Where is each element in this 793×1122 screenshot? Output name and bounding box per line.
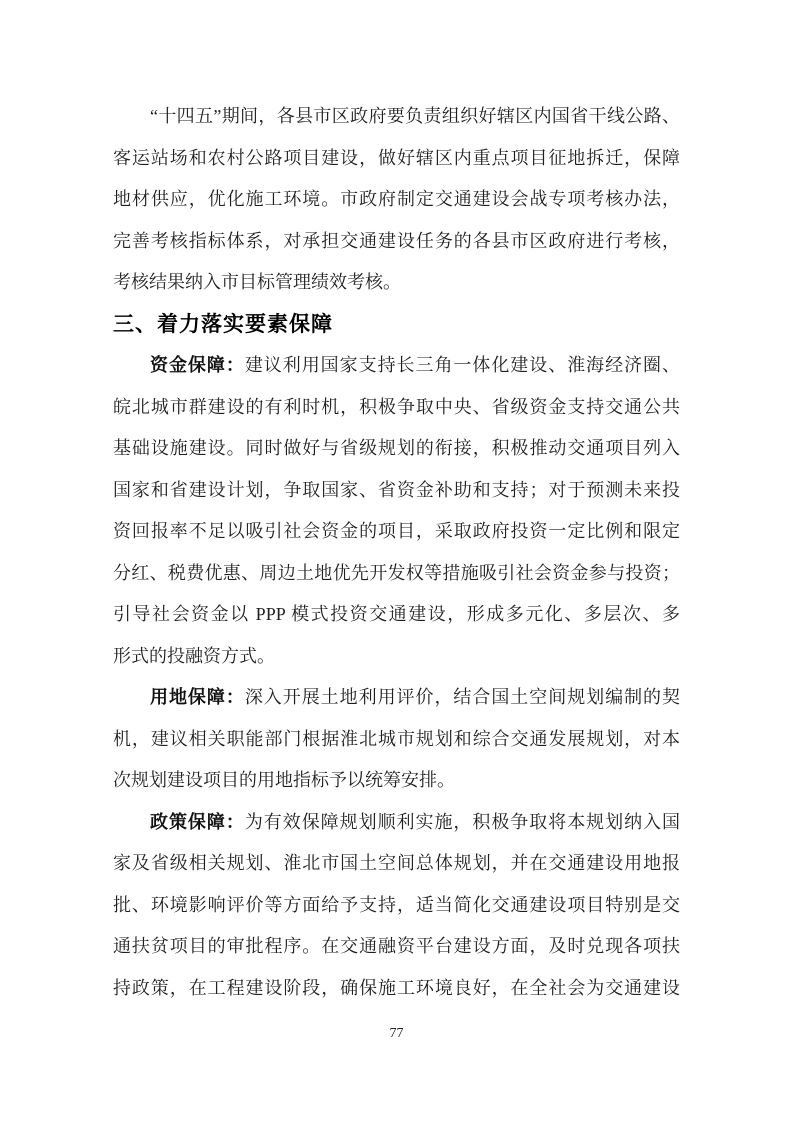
run-label-policy: 政策保障： [150, 812, 245, 832]
text-line: 完善考核指标体系，对承担交通建设任务的各县市区政府进行考核， [113, 221, 680, 263]
text-line: 批、环境影响评价等方面给予支持，适当简化交通建设项目特别是交 [113, 885, 680, 927]
document-page: “十四五”期间，各县市区政府要负责组织好辖区内国省干线公路、 客运站场和农村公路… [0, 0, 793, 1122]
text-line: 资回报率不足以吸引社会资金的项目，采取政府投资一定比例和限定 [113, 511, 680, 553]
text-line: 家及省级相关规划、淮北市国土空间总体规划，并在交通建设用地报 [113, 843, 680, 885]
text-line: 引导社会资金以 PPP 模式投资交通建设，形成多元化、多层次、多 [113, 594, 680, 636]
text-line: 通扶贫项目的审批程序。在交通融资平台建设方面，及时兑现各项扶 [113, 926, 680, 968]
text-line: 分红、税费优惠、周边土地优先开发权等措施吸引社会资金参与投资； [113, 553, 680, 595]
page-number: 77 [0, 1024, 793, 1044]
text-column: “十四五”期间，各县市区政府要负责组织好辖区内国省干线公路、 客运站场和农村公路… [113, 96, 680, 1009]
text-line: 皖北城市群建设的有利时机，积极争取中央、省级资金支持交通公共 [113, 387, 680, 429]
run-text: 为有效保障规划顺利实施，积极争取将本规划纳入国 [245, 812, 680, 832]
run-label-land: 用地保障： [150, 687, 245, 707]
text-line: 次规划建设项目的用地指标予以统筹安排。 [113, 760, 680, 802]
text-line: 形式的投融资方式。 [113, 636, 680, 678]
text-line: 国家和省建设计划，争取国家、省资金补助和支持；对于预测未来投 [113, 470, 680, 512]
run-label-funding: 资金保障： [150, 355, 245, 375]
text-line: 客运站场和农村公路项目建设，做好辖区内重点项目征地拆迁，保障 [113, 138, 680, 180]
run-text: 建议利用国家支持长三角一体化建设、淮海经济圈、 [245, 355, 680, 375]
text-line: 政策保障：为有效保障规划顺利实施，积极争取将本规划纳入国 [113, 802, 680, 844]
text-line: 资金保障：建议利用国家支持长三角一体化建设、淮海经济圈、 [113, 345, 680, 387]
text-line: 地材供应，优化施工环境。市政府制定交通建设会战专项考核办法， [113, 179, 680, 221]
text-line: 持政策，在工程建设阶段，确保施工环境良好，在全社会为交通建设 [113, 968, 680, 1010]
text-line: “十四五”期间，各县市区政府要负责组织好辖区内国省干线公路、 [113, 96, 680, 138]
run-text: 深入开展土地利用评价，结合国土空间规划编制的契 [245, 687, 680, 707]
section-heading: 三、着力落实要素保障 [113, 304, 680, 346]
text-line: 基础设施建设。同时做好与省级规划的衔接，积极推动交通项目列入 [113, 428, 680, 470]
text-line: 用地保障：深入开展土地利用评价，结合国土空间规划编制的契 [113, 677, 680, 719]
text-line: 机，建议相关职能部门根据淮北城市规划和综合交通发展规划，对本 [113, 719, 680, 761]
text-line: 考核结果纳入市目标管理绩效考核。 [113, 262, 680, 304]
